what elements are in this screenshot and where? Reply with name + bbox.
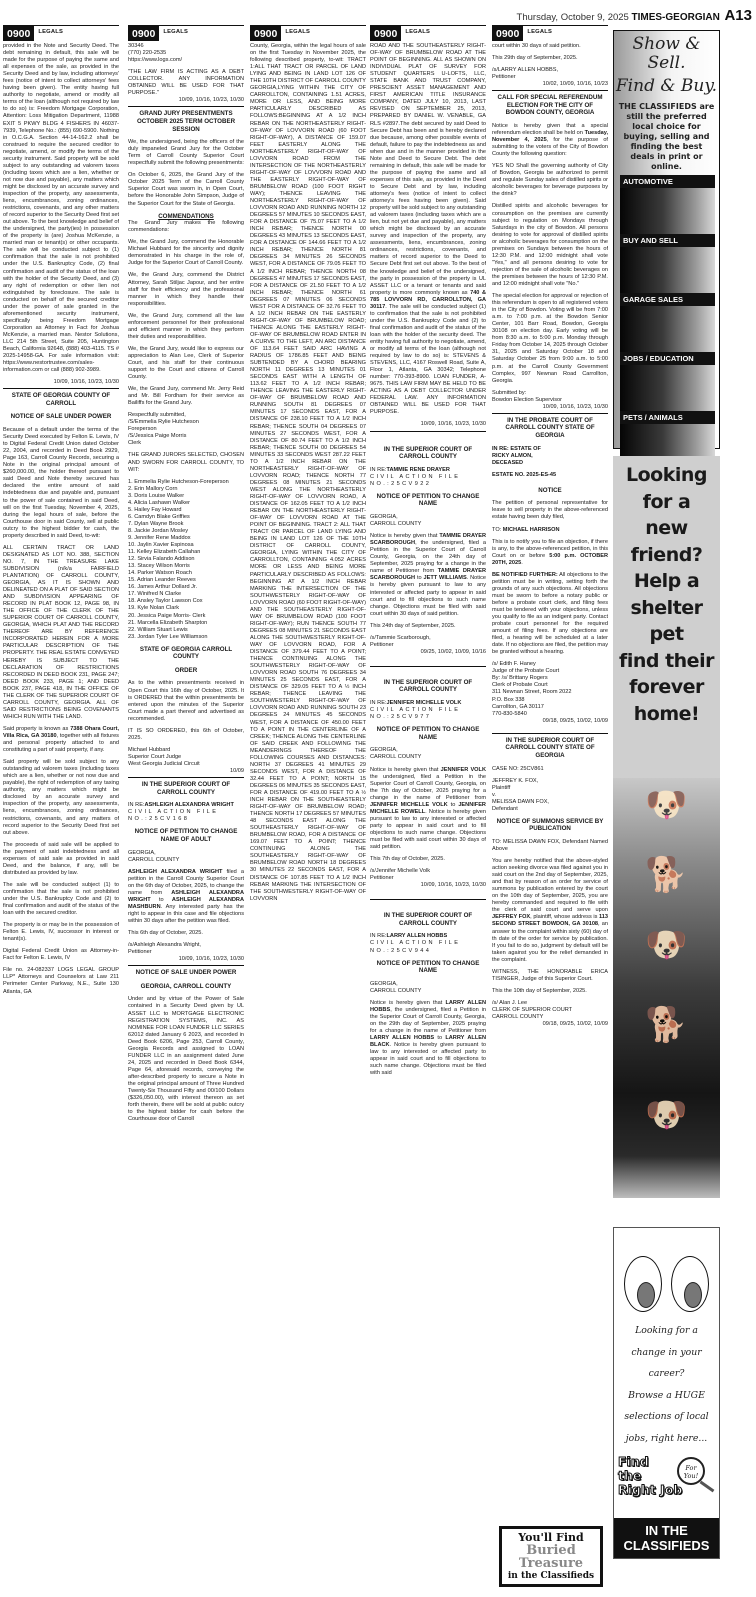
text: . Notice is hereby given pursuant to law… [370, 575, 486, 616]
logo-line: Right Job [618, 1483, 715, 1497]
publication-dates: 10/09, 10/16, 10/23, 10/30 [3, 379, 119, 386]
signature-line: /s/Jennifer Michelle Volk [370, 868, 486, 875]
signature-line: /S/Emmelia Rylie Hutcheson [128, 419, 244, 426]
section-header: 0900 LEGALS [250, 25, 366, 41]
estate-line: DECEASED [492, 460, 608, 467]
category-label: JOBS / EDUCATION [620, 352, 715, 365]
dog-icon: 🐶 [645, 1098, 687, 1132]
pitch-line: change in your [614, 1342, 719, 1364]
ad-headline: Show & Sell. [614, 35, 719, 73]
notice-text: On October 6, 2025, the Grand Jury of th… [128, 172, 244, 207]
juror-item: 22. William Stuart Lewis [128, 627, 244, 634]
court-heading: IN THE SUPERIOR COURT OF CARROLL COUNTY [128, 781, 244, 796]
signature-line: Respectfully submitted, [128, 412, 244, 419]
text: ROAD AND THE SOUTHEASTERLY RIGHT-OF-WAY … [370, 43, 486, 127]
divider [128, 965, 244, 966]
plaintiff-name: JEFFREY K. FOX, [492, 778, 608, 785]
judge-circuit: West Georgia Judicial Circuit [128, 761, 244, 768]
state-line: GEORGIA, [128, 850, 244, 857]
notice-text: As to the within presentments received i… [128, 680, 244, 722]
county-line: CARROLL COUNTY [370, 521, 486, 528]
juror-item: 13. Stacey Wilson Morris [128, 563, 244, 570]
notice-title: NOTICE OF SALE UNDER POWER [128, 969, 244, 977]
in-the-classifieds-banner: IN THE CLASSIFIEDS [614, 1518, 719, 1558]
ad-line: in the Classifieds [502, 1570, 600, 1582]
signature-line: Clerk [128, 440, 244, 447]
court-po-box: P.O. Box 338 [492, 697, 608, 704]
section-header: 0900 LEGALS [3, 25, 119, 41]
state-line: GEORGIA, [370, 981, 486, 988]
juror-item: 21. Marcella Elizabeth Sharpton [128, 620, 244, 627]
dog-icon: 🐶 [645, 788, 687, 822]
section-number: 0900 [492, 26, 523, 41]
notice-text: Distilled spirits and alcoholic beverage… [492, 203, 608, 288]
state-line: GEORGIA, [370, 747, 486, 754]
publication-dates: 10/09, 10/16, 10/23, 10/30 [492, 404, 608, 411]
notice-text: Under and by virtue of the Power of Sale… [128, 996, 244, 1123]
publication-dates: 09/25, 10/02, 10/09, 10/16 [370, 649, 486, 656]
text: , plaintiff, whose address is [530, 914, 599, 920]
county-line: CARROLL COUNTY [128, 857, 244, 864]
divider [492, 90, 608, 91]
notice-text: Said property will be sold subject to an… [3, 759, 119, 837]
publication-dates: 10/09 [128, 768, 244, 775]
name-change-notice-1: IN THE SUPERIOR COURT OF CARROLL COUNTY … [370, 446, 486, 667]
legals-column-3: 0900 LEGALS County, Georgia, within the … [250, 25, 366, 1597]
section-header: 0900 LEGALS [492, 25, 608, 41]
section-label: LEGALS [159, 26, 188, 41]
section-label: LEGALS [523, 26, 552, 41]
petitioner-name: ASHLEIGH ALEXANDRA WRIGHT [144, 802, 233, 808]
court-heading: IN THE SUPERIOR COURT OF CARROLL COUNTY [370, 912, 486, 927]
dated-line: This 24th day of September, 2025. [370, 623, 486, 630]
judge-signature: /s/ Edith F. Haney [492, 661, 608, 668]
text: to [151, 897, 172, 903]
buried-treasure-ad[interactable]: You'll Find Buried Treasure in the Class… [499, 1526, 603, 1587]
legals-column-5: 0900 LEGALS court within 30 days of said… [492, 25, 608, 1520]
notice-text: We, the Grand Jury, commend Mr. Jerry Re… [128, 386, 244, 407]
notice-text: We, the undersigned, being the officers … [128, 139, 244, 167]
petitioner-name: LARRY ALLEN HOBBS [386, 933, 447, 939]
paper-name: TIMES-GEORGIAN [631, 12, 719, 23]
notice-text: We, the Grand Jury, commend the Honorabl… [128, 239, 244, 267]
publication-dates: 10/02, 10/09, 10/16, 10/23 [492, 81, 608, 88]
category-jobs-education[interactable]: JOBS / EDUCATION [620, 352, 715, 411]
judge-name: Michael Hubbard [128, 747, 244, 754]
notice-text: This 6th day of October, 2025. [128, 930, 244, 937]
defendant-label: Defendant [492, 806, 608, 813]
headline-line: Looking [613, 462, 720, 489]
stacked-dogs-photo: 🐶 🐕 🐶 🐕 🐶 [613, 778, 720, 1198]
notice-text: IT IS SO ORDERED, this 6th of October, 2… [128, 728, 244, 742]
headline-line: home! [613, 701, 720, 728]
notice-text: Notice is hereby given that JENNIFER VOL… [370, 767, 486, 852]
clerk-title: Clerk of Probate Court [492, 682, 608, 689]
signature-line: /s/Tammie Scarborough, [370, 635, 486, 642]
text: to [434, 1035, 445, 1041]
headline-line: forever [613, 674, 720, 701]
phone-line: (770) 220-2535 [128, 50, 244, 57]
dog-icon: 🐶 [645, 928, 687, 962]
text: IN RE: [370, 933, 386, 939]
notice-text: ASHLEIGH ALEXANDRA WRIGHT filed a petiti… [128, 869, 244, 925]
dog-icon: 🐕 [645, 1008, 687, 1042]
publication-dates: 10/09, 10/16, 10/23, 10/30 [128, 956, 244, 963]
headline-line: shelter pet [613, 595, 720, 648]
notice-text: Notice is hereby given that LARRY ALLEN … [370, 1000, 486, 1078]
publication-dates: 10/09, 10/16, 10/23, 10/30 [128, 97, 244, 104]
notice-title: NOTICE [492, 487, 608, 495]
recipient-name: MICHAEL HARRISON [503, 527, 560, 533]
notice-title: NOTICE OF SUMMONS SERVICE BY PUBLICATION [492, 818, 608, 833]
case-file-number: CIVIL ACTION FILE NO.:25CV944 [370, 940, 486, 954]
petitioner-name: TAMMIE RENE DRAYER [386, 467, 449, 473]
notice-heading: GEORGIA, CARROLL COUNTY [128, 983, 244, 991]
section-header: 0900 LEGALS [128, 25, 244, 41]
page-masthead: Thursday, October 9, 2025 TIMES-GEORGIAN… [0, 0, 756, 24]
text: Said property is known as [3, 726, 70, 732]
section-label: LEGALS [401, 26, 430, 41]
pitch-line: Browse a HUGE [614, 1385, 719, 1407]
notice-text: The petition of personal representative … [492, 500, 608, 521]
notice-text: We, the Grand Jury, commend all the law … [128, 313, 244, 341]
plaintiff-label: Plaintiff [492, 785, 608, 792]
juror-item: 3. Doris Louise Walker [128, 493, 244, 500]
notice-text: court within 30 days of said petition. [492, 43, 608, 50]
ad-blurb: THE CLASSIFIEDS are still the preferred … [618, 102, 715, 172]
petitioner-name: JENNIFER MICHELLE VOLK [386, 700, 461, 706]
text: TO: [492, 527, 503, 533]
name-change-notice-3: IN THE SUPERIOR COURT OF CARROLL COUNTY … [370, 912, 486, 1077]
name-bold: ASHLEIGH ALEXANDRA WRIGHT [128, 869, 222, 875]
notice-title: NOTICE OF PETITION TO CHANGE NAME OF ADU… [128, 828, 244, 843]
section-label: LEGALS [281, 26, 310, 41]
juror-item: 6. Camdyn Blake Griffies [128, 514, 244, 521]
notice-text: WITNESS, THE HONORABLE ERICA TISINGER, J… [492, 969, 608, 983]
publication-dates: 10/09, 10/16, 10/23, 10/30 [370, 421, 486, 428]
notice-text: The special election for approval or rej… [492, 293, 608, 385]
notice-recipient: TO: MICHAEL HARRISON [492, 527, 608, 534]
juror-item: 18. Ansley Taylor Lawson Cox [128, 598, 244, 605]
notice-title: NOTICE OF SALE UNDER POWER [3, 413, 119, 421]
dog-icon: 🐕 [645, 858, 687, 892]
ad-headline: Looking for a new friend? Help a shelter… [613, 456, 720, 727]
car-photo-icon [620, 188, 715, 234]
signature-role: Petitioner [370, 875, 486, 882]
notice-title: ORDER [128, 667, 244, 675]
name-bold: JETT WILLIAMS [423, 575, 466, 581]
notice-text: THE GRAND JURORS SELECTED, CHOSEN AND SW… [128, 452, 244, 473]
signature-role: Petitioner [370, 642, 486, 649]
legals-column-4: 0900 LEGALS ROAD AND THE SOUTHEASTERLY R… [370, 25, 486, 1597]
juror-item: 23. Jordan Tyler Lee Williamson [128, 634, 244, 641]
juror-item: 12. Sirvia Falando Addison [128, 556, 244, 563]
category-label: PETS / ANIMALS [620, 411, 715, 424]
name-bold: JENNIFER VOLK [441, 767, 486, 773]
dated-line: This 29th day of September, 2025. [492, 55, 608, 62]
ballot-question: YES NO Shall the governing authority of … [492, 163, 608, 198]
notice-text: provided in the Note and Security Deed. … [3, 43, 119, 374]
estate-number: ESTATE NO. 2025-ES-45 [492, 472, 608, 479]
name-bold: JEFFREY FOX [492, 914, 530, 920]
category-label: BUY AND SELL [620, 234, 715, 247]
defendant-name: MELISSA DAWN FOX, [492, 799, 608, 806]
category-label: GARAGE SALES [620, 293, 715, 306]
notice-title: NOTICE OF PETITION TO CHANGE NAME [370, 493, 486, 508]
text: IN RE: [128, 802, 144, 808]
website-link[interactable]: https://www.logs.com/ [128, 57, 244, 64]
address-line: 30346 [128, 43, 244, 50]
juror-item: 20. Jessica Paige Morris- Clerk [128, 613, 244, 620]
juror-item: 1. Emmelia Rylie Hutcheson-Foreperson [128, 479, 244, 486]
eye-icon [671, 1256, 709, 1312]
court-heading: IN THE SUPERIOR COURT OF CARROLL COUNTY [370, 446, 486, 461]
category-buy-and-sell[interactable]: BUY AND SELL [620, 234, 715, 293]
court-address: 311 Newnan Street, Room 2022 [492, 689, 608, 696]
section-number: 0900 [250, 26, 281, 41]
juror-item: 10. Jaylin Xavier Espinosa [128, 542, 244, 549]
publication-dates: 09/18, 09/25, 10/02, 10/09 [492, 1021, 608, 1028]
category-garage-sales[interactable]: GARAGE SALES [620, 293, 715, 352]
divider [492, 413, 608, 414]
classifieds-ad[interactable]: Show & Sell. Find & Buy. THE CLASSIFIEDS… [613, 30, 720, 449]
headline-line: for a [613, 489, 720, 516]
pitch-line: career? [614, 1363, 719, 1385]
dated-line: This the 10th day of September, 2025. [492, 988, 608, 995]
ad-pitch: Looking for a change in your career? Bro… [614, 1320, 719, 1449]
case-file-number: CIVIL ACTION FILE NO.:25CV168 [128, 809, 244, 823]
section-number: 0900 [3, 26, 34, 41]
county-line: CARROLL COUNTY [370, 988, 486, 995]
judge-title: Judge of the Probate Court [492, 668, 608, 675]
issue-date: Thursday, October 9, 2025 [517, 12, 629, 23]
ad-headline: Find & Buy. [614, 77, 719, 96]
county-line: CARROLL COUNTY [370, 754, 486, 761]
juror-item: 15. Adrian Leander Reeves [128, 577, 244, 584]
notice-text: BE NOTIFIED FURTHER: All objections to t… [492, 572, 608, 657]
court-city: Carrollton, GA 30117 [492, 704, 608, 711]
juror-item: 11. Kelley Elizabeth Callahan [128, 549, 244, 556]
signature-line: /s/LARRY ALLEN HOBBS, [492, 67, 608, 74]
text: All objections to the petition must be i… [492, 572, 608, 656]
text: The debt secured by said Deed to Secure … [370, 121, 486, 296]
divider [370, 666, 486, 667]
notice-title: CALL FOR SPECIAL REFERENDUM ELECTION FOR… [492, 94, 608, 117]
court-phone: 770-830-5840 [492, 711, 608, 718]
in-re-line: IN RE:ASHLEIGH ALEXANDRA WRIGHT [128, 802, 244, 809]
judge-title: Superior Court Judge [128, 754, 244, 761]
juror-item: 8. Jackie Jordan Mosley [128, 528, 244, 535]
notice-title: NOTICE OF PETITION TO CHANGE NAME [370, 726, 486, 741]
name-bold: LARRY ALLEN HOBBS [370, 1035, 434, 1041]
clerk-county: CARROLL COUNTY [492, 1014, 608, 1021]
find-right-job-logo: Find the Right Job For You! [618, 1455, 715, 1511]
jobs-classifieds-ad[interactable]: Looking for a change in your career? Bro… [613, 1227, 720, 1559]
juror-item: 14. Parker Watson Roach [128, 570, 244, 577]
signature-line: Foreperson [128, 426, 244, 433]
notice-text: You are hereby notified that the above-s… [492, 858, 608, 964]
property-description: County, Georgia, within the legal hours … [250, 43, 366, 903]
page-number: A13 [724, 7, 752, 24]
case-file-number: CIVIL ACTION FILE NO.:25CV922 [370, 474, 486, 488]
banner-line: CLASSIFIEDS [614, 1539, 719, 1554]
section-label: LEGALS [34, 26, 63, 41]
property-address-paragraph: Said property is known as 7388 Ohara Cou… [3, 726, 119, 754]
headline-line: find their [613, 648, 720, 675]
state-line: GEORGIA, [370, 514, 486, 521]
notice-title: NOTICE OF PETITION TO CHANGE NAME [370, 960, 486, 975]
signature-line: /S/Jessica Paige Morris [128, 433, 244, 440]
court-heading: IN THE SUPERIOR COURT OF CARROLL COUNTY … [492, 737, 608, 760]
notice-heading: STATE OF GEORGIA CARROLL COUNTY [128, 646, 244, 661]
estate-line: IN RE: ESTATE OF [492, 446, 608, 453]
publication-dates: 10/09, 10/16, 10/23, 10/30 [370, 882, 486, 889]
case-file-number: CIVIL ACTION FILE NO.:25CV977 [370, 707, 486, 721]
notice-text: Digital Federal Credit Union as Attorney… [3, 948, 119, 962]
text: , an answer to the complaint within sixt… [492, 921, 608, 962]
signature-role: Petitioner [492, 74, 608, 81]
text: the undersigned, filed a Petition in the… [370, 774, 486, 801]
text: IN RE: [370, 700, 386, 706]
juror-item: 17. Winifred N Clarke [128, 591, 244, 598]
notice-text: Notice is hereby given that TAMMIE DRAYE… [370, 533, 486, 618]
masthead-info: Thursday, October 9, 2025 TIMES-GEORGIAN… [517, 7, 752, 24]
submitted-by-name: Bowdon Election Supervisor [492, 397, 608, 404]
headline-line: friend? [613, 542, 720, 569]
court-heading: IN THE PROBATE COURT OF CARROLL COUNTY S… [492, 417, 608, 440]
juror-item: 7. Dylan Wayne Brook [128, 521, 244, 528]
divider [370, 899, 486, 900]
dated-line: This 7th day of October, 2025. [370, 856, 486, 863]
text: . The sale will be conducted subject (1)… [370, 304, 486, 416]
versus: v. [492, 792, 608, 799]
divider [3, 388, 119, 389]
notice-text: The Grand Jury makes the following comme… [128, 220, 244, 234]
headline-line: new [613, 515, 720, 542]
notice-heading: STATE OF GEORGIA COUNTY OF CARROLL [3, 392, 119, 407]
notice-text: This is to notify you to file an objecti… [492, 539, 608, 567]
signature-line: /s/Ashleigh Alexandra Wright, [128, 942, 244, 949]
juror-item: 5. Hailey Fay Howard [128, 507, 244, 514]
juror-item: 2. Erin Mallory Corn [128, 486, 244, 493]
juror-item: 9. Jennifer Rene Maddox [128, 535, 244, 542]
divider [492, 733, 608, 734]
text: Notice is hereby given that [370, 1000, 445, 1006]
section-number: 0900 [370, 26, 401, 41]
text: Notice is hereby given that [370, 767, 441, 773]
shelter-pet-ad[interactable]: Looking for a new friend? Help a shelter… [613, 456, 720, 1198]
in-re-line: IN RE:JENNIFER MICHELLE VOLK [370, 700, 486, 707]
category-label: AUTOMOTIVE [620, 175, 715, 188]
submitted-by-label: Submitted by: [492, 390, 608, 397]
juror-list: 1. Emmelia Rylie Hutcheson-Foreperson 2.… [128, 479, 244, 641]
section-header: 0900 LEGALS [370, 25, 486, 41]
notice-text: We, the Grand Jury, commend the District… [128, 272, 244, 307]
court-heading: IN THE SUPERIOR COURT OF CARROLL COUNTY [370, 679, 486, 694]
name-change-notice-2: IN THE SUPERIOR COURT OF CARROLL COUNTY … [370, 679, 486, 900]
notice-text: Notice is hereby given that a special re… [492, 123, 608, 158]
debt-collector-notice: "THE LAW FIRM IS ACTING AS A DEBT COLLEC… [128, 69, 244, 97]
divider [128, 777, 244, 778]
juror-item: 16. James Arthur Dollard Jr. [128, 584, 244, 591]
text: You are hereby notified that the above-s… [492, 858, 608, 913]
ad-line: Treasure [502, 1557, 600, 1570]
property-description: ALL CERTAIN TRACT OR LAND DESIGNATED AS … [3, 545, 119, 721]
text: . [521, 560, 523, 566]
in-re-line: IN RE:LARRY ALLEN HOBBS [370, 933, 486, 940]
subheading: COMMENDATIONS [128, 213, 244, 221]
text: Notice is hereby given that [370, 533, 439, 539]
pitch-line: selections of local [614, 1406, 719, 1428]
notice-recipient: TO: MELISSA DAWN FOX, Defendant Named Ab… [492, 839, 608, 853]
notice-text: The proceeds of said sale will be applie… [3, 842, 119, 877]
notice-text: The property is or may be in the possess… [3, 922, 119, 943]
juror-item: 19. Kyle Nolan Clark [128, 605, 244, 612]
notice-text: We, the Grand Jury, would like to expres… [128, 346, 244, 381]
section-number: 0900 [128, 26, 159, 41]
category-automotive[interactable]: AUTOMOTIVE [620, 175, 715, 234]
decedent-name: RICKY ALMON, [492, 453, 608, 460]
cartoon-eyes [614, 1228, 719, 1318]
name-bold: JENNIFER MICHELLE VOLK [370, 802, 448, 808]
headline-line: Help a [613, 568, 720, 595]
case-number: CASE NO: 25CV861 [492, 766, 608, 773]
signature-line: Petitioner [128, 949, 244, 956]
text: to [448, 802, 459, 808]
notice-text: The sale will be conducted subject (1) t… [3, 882, 119, 917]
text-bold: BE NOTIFIED FURTHER: [492, 572, 558, 578]
pitch-line: jobs, right here... [614, 1428, 719, 1450]
legals-column-2: 0900 LEGALS 30346 (770) 220-2535 https:/… [128, 25, 244, 1597]
pitch-line: Looking for a [614, 1320, 719, 1342]
money-photo-icon [620, 247, 715, 293]
garage-sale-photo-icon [620, 306, 715, 352]
clerk-title: CLERK OF SUPERIOR COURT [492, 1007, 608, 1014]
clerk-signature: By: /s/ Brittany Rogers [492, 675, 608, 682]
notice-text: ROAD AND THE SOUTHEASTERLY RIGHT-OF-WAY … [370, 43, 486, 416]
legals-column-1: 0900 LEGALS provided in the Note and Sec… [3, 25, 119, 1597]
law-firm-info: File no. 24-082337 LOGS LEGAL GROUP LLP*… [3, 967, 119, 995]
juror-item: 4. Alicia Lashawn Walker [128, 500, 244, 507]
jobs-photo-icon [620, 365, 715, 411]
notice-title: GRAND JURY PRESENTMENTS OCTOBER 2025 TER… [128, 110, 244, 133]
notice-text: Because of a default under the terms of … [3, 427, 119, 540]
clerk-signature: /s/ Alan J. Lee [492, 1000, 608, 1007]
publication-dates: 09/18, 09/25, 10/02, 10/09 [492, 718, 608, 725]
divider [128, 106, 244, 107]
divider [370, 431, 486, 432]
in-re-line: IN RE:TAMMIE RENE DRAYER [370, 467, 486, 474]
eye-icon [624, 1256, 662, 1312]
banner-line: IN THE [614, 1524, 719, 1539]
text: . Notice is hereby given pursuant to law… [370, 809, 486, 850]
text: IN RE: [370, 467, 386, 473]
